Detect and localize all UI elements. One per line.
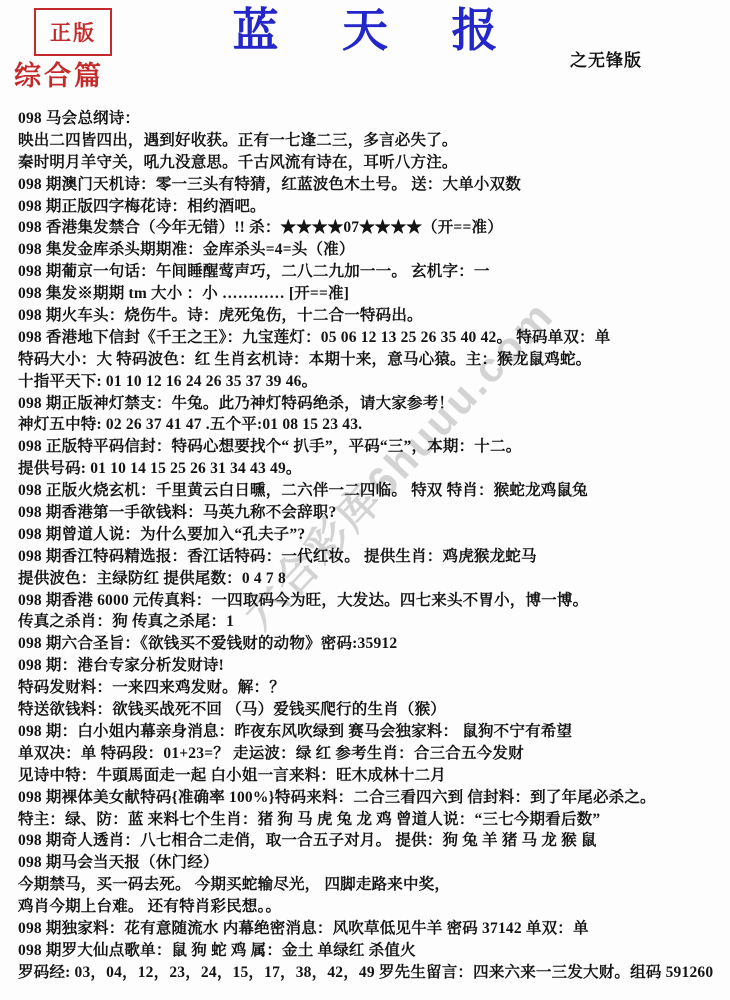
report-line: 098 香港地下信封《千王之王》：九宝莲灯：05 06 12 13 25 26 …: [18, 327, 726, 349]
report-line: 098 期曾道人说：为什么要加入“孔夫子”?: [18, 524, 726, 546]
report-line: 098 集发※期期 tm 大小 ：小 ………… [开==准]: [18, 283, 726, 305]
report-line: 098 期正版神灯禁支：牛兔。此乃神灯特码绝杀，请大家参考！: [18, 393, 726, 415]
report-line: 单双决：单 特码段：01+23=？ 走运波：绿 红 参考生肖：合三合五今发财: [18, 743, 726, 765]
report-line: 神灯五中特: 02 26 37 41 47 .五个平:01 08 15 23 4…: [18, 414, 726, 436]
newspaper-page: 正版 蓝 天 报 之无锋版 综合篇 六合彩库6huuu.com 098 马会总纲…: [0, 0, 730, 1000]
report-line: 098 期裸体美女献特码{准确率 100%}特码来料：二合三看四六到 信封料：到…: [18, 787, 726, 809]
report-line: 098 期罗大仙点歌单：鼠 狗 蛇 鸡 属：金土 单绿红 杀值火: [18, 940, 726, 962]
report-line: 特送欲钱料：欲钱买战死不回 （马）爱钱买爬行的生肖（猴）: [18, 699, 726, 721]
report-line: 098 期澳门天机诗：零一三头有特猜，红蓝波色木土号。 送：大单小双数: [18, 174, 726, 196]
report-line: 098 期葡京一句话：午间睡醒莺声巧，二八二九加一一。 玄机字：一: [18, 261, 726, 283]
report-line: 098 期马会当天报（休门经）: [18, 852, 726, 874]
report-line: 098 香港集发禁合（今年无错）!! 杀：★★★★07★★★★（开==准）: [18, 217, 726, 239]
report-line: 秦时明月羊守关，吼九没意思。千古风流有诗在，耳听八方注。: [18, 152, 726, 174]
report-line: 098 马会总纲诗：: [18, 108, 726, 130]
report-body: 098 马会总纲诗：映出二四皆四出，遇到好收获。正有一七逢二三，多言必失了。秦时…: [18, 108, 726, 984]
report-line: 098 正版火烧玄机：千里黄云白日曛，二六伴一二四临。 特双 特肖：猴蛇龙鸡鼠兔: [18, 480, 726, 502]
report-line: 098 期：白小姐内幕亲身消息：昨夜东风吹绿到 赛马会独家料： 鼠狗不宁有希望: [18, 721, 726, 743]
edition-label: 之无锋版: [570, 46, 642, 71]
report-line: 098 期火车头：烧伤牛。诗：虎死兔伤，十二合一特码出。: [18, 305, 726, 327]
report-line: 098 期：港台专家分析发财诗!: [18, 655, 726, 677]
report-line: 098 期香港 6000 元传真料：一四取码今为旺，大发达。四七来头不胃小，博一…: [18, 590, 726, 612]
report-line: 098 期香江特码精选报：香江话特码：一代红妆。 提供生肖：鸡虎猴龙蛇马: [18, 546, 726, 568]
report-line: 098 正版特平码信封：特码心想要找个“ 扒手”，平码“三”，本期：十二。: [18, 436, 726, 458]
report-line: 映出二四皆四出，遇到好收获。正有一七逢二三，多言必失了。: [18, 130, 726, 152]
report-line: 见诗中特：牛頭馬面走一起 白小姐一言来料：旺木成林十二月: [18, 765, 726, 787]
report-line: 罗码经: 03，04，12，23，24，15，17，38，42，49 罗先生留言…: [18, 962, 726, 984]
report-line: 传真之杀肖：狗 传真之杀尾：1: [18, 611, 726, 633]
report-line: 098 集发金库杀头期期准：金库杀头=4=头（准）: [18, 239, 726, 261]
report-line: 鸡肖今期上台难。 还有特肖彩民想。。: [18, 896, 726, 918]
report-line: 提供波色：主绿防红 提供尾数：0 4 7 8: [18, 568, 726, 590]
report-line: 098 期独家料：花有意随流水 内幕绝密消息：风吹草低见牛羊 密码 37142 …: [18, 918, 726, 940]
report-line: 特主：绿、防：蓝 来料七个生肖：猪 狗 马 虎 兔 龙 鸡 曾道人说：“三七今期…: [18, 809, 726, 831]
report-line: 特码大小：大 特码波色：红 生肖玄机诗：本期十来，意马心猿。主：猴龙鼠鸡蛇。: [18, 349, 726, 371]
report-line: 特码发财料：一来四来鸡发财。解：？: [18, 677, 726, 699]
report-line: 十指平天下: 01 10 12 16 24 26 35 37 39 46。: [18, 371, 726, 393]
report-line: 098 期香港第一手欲钱料：马英九称不会辞职?: [18, 502, 726, 524]
report-line: 098 期正版四字梅花诗：相约酒吧。: [18, 196, 726, 218]
section-heading: 综合篇: [14, 54, 104, 93]
report-line: 提供号码: 01 10 14 15 25 26 31 34 43 49。: [18, 458, 726, 480]
report-line: 098 期奇人透肖：八七相合二走俏，取一合五子对月。 提供：狗 兔 羊 猪 马 …: [18, 830, 726, 852]
report-line: 098 期六合圣旨：《欲钱买不爱钱财的动物》密码:35912: [18, 633, 726, 655]
report-line: 今期禁马，买一码去死。 今期买蛇输尽光， 四脚走路来中奖，: [18, 874, 726, 896]
